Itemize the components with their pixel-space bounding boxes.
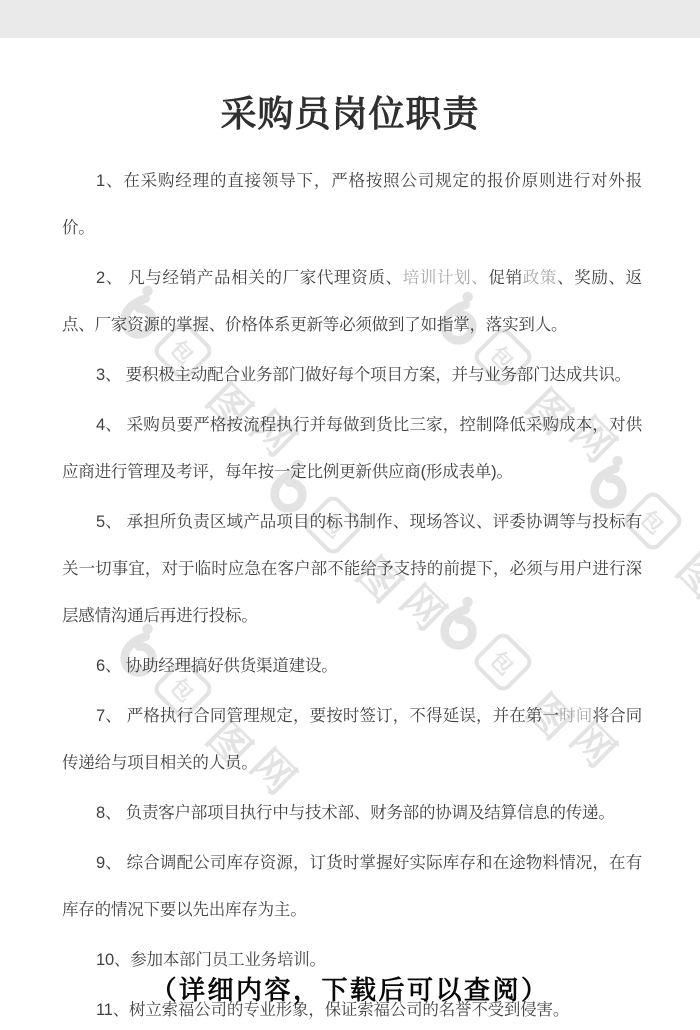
list-item-text: 2、 凡与经销产品相关的厂家代理资质、 (96, 269, 403, 287)
list-item-text: 4、 采购员要严格按流程执行并每做到货比三家，控制降低采购成本，对供应商进行管理… (62, 416, 642, 481)
list-item-text: 10、参加本部门员工业务培训。 (96, 951, 326, 969)
list-item-text: 7、 严格执行合同管理规定，要按时签订，不得延误，并在第一 (96, 707, 559, 725)
document-page: 包 图 网 包 图 网 包 图 网 包 图 网 包 图 网 (0, 0, 700, 1030)
top-band (0, 0, 700, 38)
list-item-text: 8、 负责客户部项目执行中与技术部、财务部的协调及结算信息的传递。 (96, 804, 615, 822)
list-item: 9、 综合调配公司库存资源，订货时掌握好实际库存和在途物料情况，在有库存的情况下… (62, 840, 642, 934)
list-item-text: 时间 (559, 707, 592, 725)
list-item-text: 3、 要积极主动配合业务部门做好每个项目方案，并与业务部门达成共识。 (96, 366, 631, 384)
list-item: 2、 凡与经销产品相关的厂家代理资质、培训计划、促销政策、奖励、返点、厂家资源的… (62, 255, 642, 349)
document-body: 1、在采购经理的直接领导下，严格按照公司规定的报价原则进行对外报价。2、 凡与经… (62, 158, 642, 1030)
list-item-text: 培训计划、 (403, 269, 489, 287)
list-item-text: 1、在采购经理的直接领导下，严格按照公司规定的报价原则进行对外报价。 (62, 172, 642, 237)
list-item: 6、 协助经理搞好供货渠道建设。 (62, 643, 642, 690)
list-item: 4、 采购员要严格按流程执行并每做到货比三家，控制降低采购成本，对供应商进行管理… (62, 402, 642, 496)
list-item: 3、 要积极主动配合业务部门做好每个项目方案，并与业务部门达成共识。 (62, 352, 642, 399)
list-item: 5、 承担所负责区域产品项目的标书制作、现场答议、评委协调等与投标有关一切事宜，… (62, 499, 642, 640)
list-item-text: 5、 承担所负责区域产品项目的标书制作、现场答议、评委协调等与投标有关一切事宜，… (62, 513, 642, 625)
list-item-text: 6、 协助经理搞好供货渠道建设。 (96, 657, 338, 675)
page-title: 采购员岗位职责 (0, 90, 700, 138)
list-item-text: 政策 (523, 269, 557, 287)
list-item: 7、 严格执行合同管理规定，要按时签订，不得延误，并在第一时间将合同传递给与项目… (62, 693, 642, 787)
list-item-text: 9、 综合调配公司库存资源，订货时掌握好实际库存和在途物料情况，在有库存的情况下… (62, 854, 642, 919)
footer-note: （详细内容，下载后可以查阅） (0, 973, 700, 1007)
list-item: 8、 负责客户部项目执行中与技术部、财务部的协调及结算信息的传递。 (62, 790, 642, 837)
watermark-tu-char: 图 (665, 538, 700, 610)
list-item-text: 促销 (488, 269, 522, 287)
list-item: 1、在采购经理的直接领导下，严格按照公司规定的报价原则进行对外报价。 (62, 158, 642, 252)
